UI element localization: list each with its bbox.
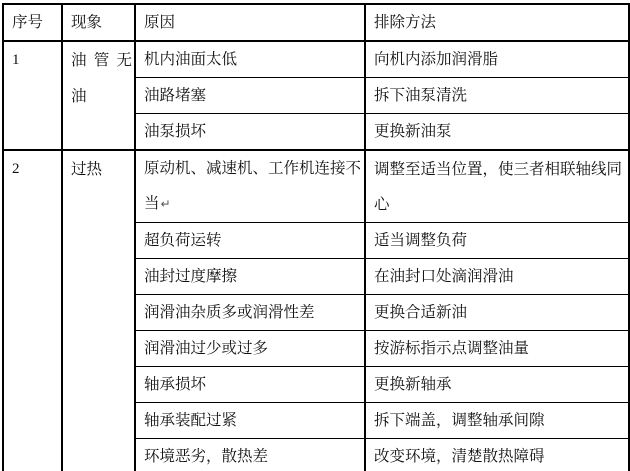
header-cell-phenomenon: 现象 — [62, 4, 135, 41]
fix-cell: 更换新油泵 — [365, 114, 629, 151]
fix-cell: 按游标指示点调整油量 — [365, 331, 629, 367]
cause-cell: 油路堵塞 — [135, 78, 365, 114]
cause-cell: 环境恶劣，散热差 — [135, 439, 365, 471]
fix-cell: 适当调整负荷 — [365, 223, 629, 259]
phenomenon-cell: 油管无油 — [62, 41, 135, 150]
fix-cell: 改变环境，清楚散热障碍 — [365, 439, 629, 471]
fix-cell: 拆下油泵清洗 — [365, 78, 629, 114]
header-cell-seq: 序号 — [3, 4, 62, 41]
header-row: 序号 现象 原因 排除方法 — [3, 4, 629, 41]
cause-text: 原动机、减速机、工作机连接不当 — [144, 159, 361, 212]
fix-cell: 更换合适新油 — [365, 295, 629, 331]
cause-cell: 原动机、减速机、工作机连接不当↵ — [135, 150, 365, 223]
header-cell-fix: 排除方法 — [365, 4, 629, 41]
fix-cell: 更换新轴承 — [365, 367, 629, 403]
phenomenon-cell: 过热 — [62, 150, 135, 471]
seq-cell: 2 — [3, 150, 62, 471]
header-cell-cause: 原因 — [135, 4, 365, 41]
cause-cell: 超负荷运转 — [135, 223, 365, 259]
return-mark-icon: ↵ — [161, 197, 171, 211]
table-row: 1 油管无油 机内油面太低 向机内添加润滑脂 — [3, 41, 629, 78]
cause-cell: 轴承装配过紧 — [135, 403, 365, 439]
cause-cell: 油封过度摩擦 — [135, 259, 365, 295]
seq-cell: 1 — [3, 41, 62, 150]
cause-cell: 机内油面太低 — [135, 41, 365, 78]
cause-cell: 润滑油过少或过多 — [135, 331, 365, 367]
fix-cell: 拆下端盖，调整轴承间隙 — [365, 403, 629, 439]
cause-cell: 润滑油杂质多或润滑性差 — [135, 295, 365, 331]
fix-cell: 向机内添加润滑脂 — [365, 41, 629, 78]
table-row: 2 过热 原动机、减速机、工作机连接不当↵ 调整至适当位置，使三者相联轴线同心 — [3, 150, 629, 223]
fix-cell: 在油封口处滴润滑油 — [365, 259, 629, 295]
cause-cell: 轴承损坏 — [135, 367, 365, 403]
cause-cell: 油泵损坏 — [135, 114, 365, 151]
fix-cell: 调整至适当位置，使三者相联轴线同心 — [365, 150, 629, 223]
fault-diagnosis-table: 序号 现象 原因 排除方法 1 油管无油 机内油面太低 向机内添加润滑脂 油路堵… — [2, 3, 630, 471]
